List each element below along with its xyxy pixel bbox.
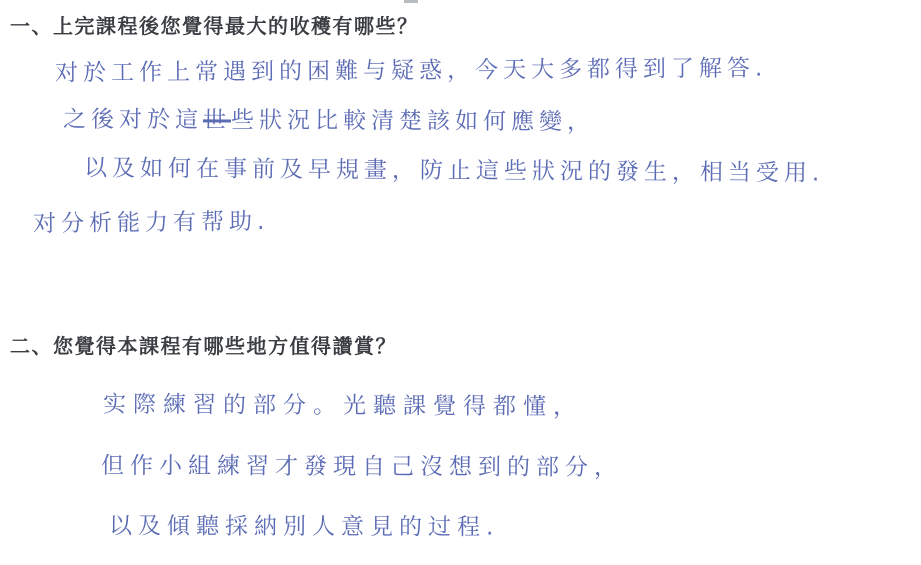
scan-edge-artifact [404,0,418,3]
handwritten-answer-1-line-2: 之後对於這世些狀況比較清楚該如何應變， [63,101,595,137]
scanned-survey-page: 一、上完課程後您覺得最大的收穫有哪些？ 对於工作上常遇到的困難与疑惑，今天大多都… [0,0,921,565]
question-1-heading: 一、上完課程後您覺得最大的收穫有哪些？ [10,10,419,39]
question-2-heading: 二、您覺得本課程有哪些地方值得讚賞？ [10,330,397,359]
handwritten-answer-1-line-4: 对分析能力有帮助. [33,203,270,238]
handwritten-answer-2-line-2: 但作小組練習才發現自己沒想到的部分， [101,447,623,482]
handwritten-answer-1-line-3: 以及如何在事前及早規畫，防止這些狀況的發生，相当受用. [84,149,825,187]
handwritten-answer-2-line-1: 实際練習的部分。光聽課覺得都懂， [103,386,583,422]
handwritten-answer-1-line-1: 对於工作上常遇到的困難与疑惑，今天大多都得到了解答. [55,50,768,88]
answer-1-line-2-text-before: 之後对於這 [63,107,203,134]
handwritten-answer-2-line-3: 以及傾聽採納別人意見的过程. [109,507,499,541]
crossed-out-character: 世 [203,107,231,133]
answer-1-line-2-text-after: 些狀況比較清楚該如何應變， [231,107,595,135]
